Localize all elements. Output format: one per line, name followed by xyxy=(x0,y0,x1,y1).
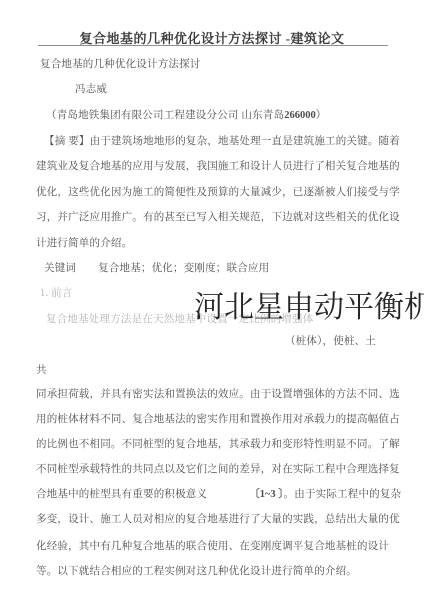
citation-pre: 合地基中的桩型具有重要的积极意义 xyxy=(36,489,207,500)
keywords-line: 关键词复合地基；优化；变刚度；联合应用 xyxy=(44,262,269,275)
abstract-line: 习，并广泛应用推广。有的甚至已写入相关规范，下边就对这些相关的优化设 xyxy=(36,211,400,224)
body-line: 的比例也不相同。不同桩型的复合地基，其承载力和变形特性明显不同。了解 xyxy=(36,438,400,451)
document-page: 复合地基的几种优化设计方法探讨 -建筑论文 复合地基的几种优化设计方法探讨 冯志… xyxy=(0,0,424,600)
body-line: 化经验，其中有几种复合地基的联合使用、在变刚度调平复合地基桩的设计 xyxy=(36,540,389,553)
title-underline xyxy=(38,45,388,46)
body-line: 等。以下就结合相应的工程实例对这几种优化设计进行简单的介绍。 xyxy=(36,565,357,578)
section-heading: 1. 前言 xyxy=(40,287,73,300)
body-line: 多变，设计、施工人员对相应的复合地基进行了大量的实践，总结出大量的优 xyxy=(36,513,400,526)
abstract-line: 【摘 要】由于建筑场地地形的复杂，地基处理一直是建筑施工的关键。随着 xyxy=(44,135,400,148)
body-line: 同承担荷载，并具有密实法和置换法的效应。由于设置增强体的方法不同、选 xyxy=(36,388,400,401)
affiliation-prefix: （青岛地铁集团有限公司工程建设分公司 山东青岛 xyxy=(46,110,284,121)
abstract-line: 优化，这些优化因为施工的简便性及预算的大量减少，已逐渐被人们接受与学 xyxy=(36,186,400,199)
citation-ref: 〔1~3 〕 xyxy=(249,489,283,500)
body-wrap-fragment: （桩体），使桩、土 xyxy=(285,335,376,348)
body-wrap-char: 共 xyxy=(36,364,47,377)
abstract-line: 建筑业及复合地基的应用与发展，我国施工和设计人员进行了相关复合地基的 xyxy=(36,160,400,173)
article-heading: 复合地基的几种优化设计方法探讨 xyxy=(40,58,201,71)
keywords-label: 关键词 xyxy=(44,263,76,274)
watermark-text: 河北星申动平衡机 xyxy=(194,291,424,325)
abstract-line: 计进行简单的介绍。 xyxy=(36,237,132,250)
affiliation-line: （青岛地铁集团有限公司工程建设分公司 山东青岛266000） xyxy=(46,109,326,122)
citation-post: 。由于实际工程中的复杂 xyxy=(284,489,402,500)
author-name: 冯志威 xyxy=(75,83,107,96)
body-line: 不同桩型承载特性的共同点以及它们之间的差异，对在实际工程中合理选择复 xyxy=(36,463,400,476)
affiliation-suffix: ） xyxy=(316,110,327,121)
affiliation-postcode: 266000 xyxy=(284,110,316,121)
keywords-value: 复合地基；优化；变刚度；联合应用 xyxy=(98,263,269,274)
body-citation-line: 合地基中的桩型具有重要的积极意义〔1~3 〕。由于实际工程中的复杂 xyxy=(36,488,401,501)
body-line: 用的桩体材料不同、复合地基法的密实作用和置换作用对承载力的提高幅值占 xyxy=(36,413,400,426)
